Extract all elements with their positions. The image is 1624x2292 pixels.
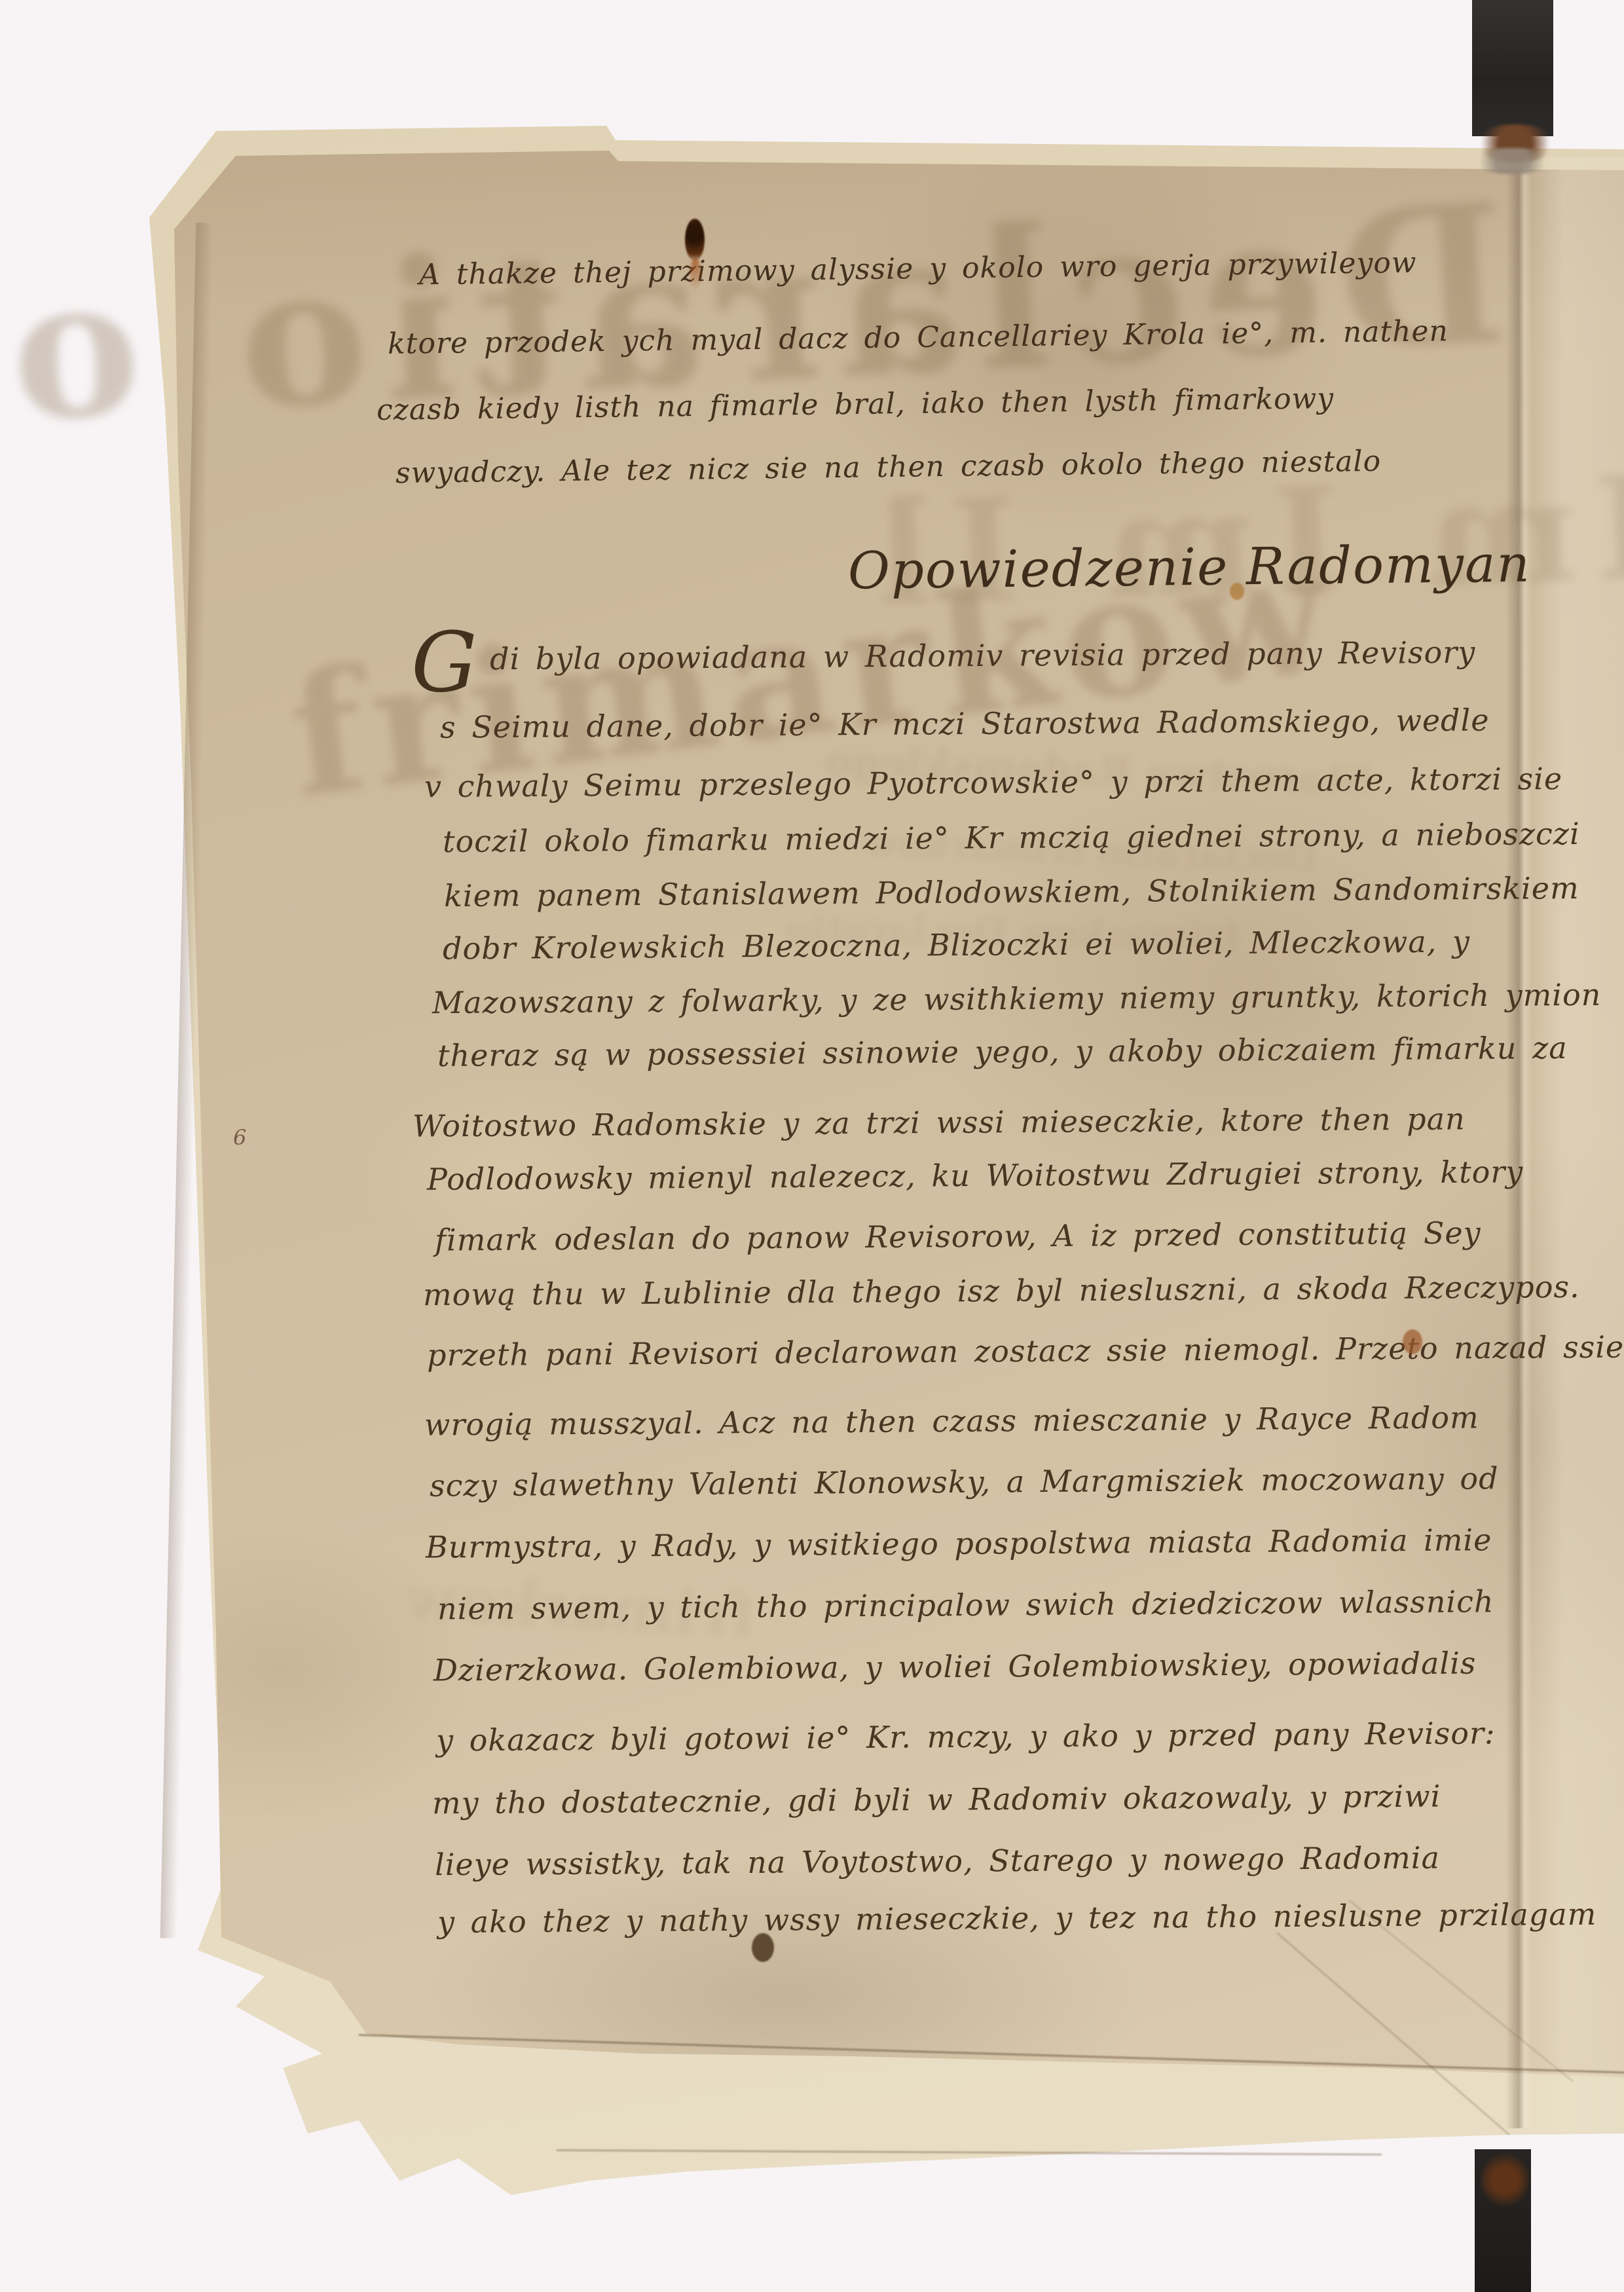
rust-speck	[1230, 583, 1244, 600]
manuscript-line-body: wrogią musszyal. Acz na then czass miesc…	[424, 1399, 1479, 1442]
manuscript-line-body: Dzierzkowa. Golembiowa, y woliei Golembi…	[434, 1645, 1477, 1688]
manuscript-line-body: Woitostwo Radomskie y za trzi wssi miese…	[413, 1101, 1466, 1143]
strap-stain	[1481, 2154, 1528, 2206]
manuscript-line-body: my tho dostatecznie, gdi byli w Radomiv …	[432, 1779, 1441, 1821]
section-heading: Opowiedzenie Radomyan	[848, 535, 1532, 601]
binding-strap-top	[1472, 0, 1553, 136]
manuscript-scan: Declaratio oło frimarkow Im Im Il Staros…	[0, 0, 1624, 2292]
manuscript-line-body: di byla opowiadana w Radomiv revisia prz…	[490, 635, 1476, 677]
manuscript-line-body: Burmystra, y Rady, y wsitkiego pospolstw…	[426, 1522, 1492, 1564]
manuscript-line-body: dobr Krolewskich Blezoczna, Blizoczki ei…	[443, 924, 1470, 967]
rust-drip	[690, 258, 701, 291]
manuscript-line-body: s Seimu dane, dobr ie° Kr mczi Starostwa…	[440, 702, 1490, 745]
manuscript-line-body: y okazacz byli gotowi ie° Kr. mczy, y ak…	[436, 1715, 1496, 1758]
margin-mark: 6	[233, 1125, 246, 1150]
manuscript-line-body: fimark odeslan do panow Revisorow, A iz …	[435, 1215, 1481, 1257]
ink-blot	[752, 1933, 774, 1962]
rust-speck	[1403, 1329, 1422, 1354]
ink-burn-spot	[685, 219, 705, 261]
manuscript-line-body: niem swem, y tich tho principalow swich …	[437, 1583, 1494, 1626]
initial-capital: G	[411, 614, 477, 711]
manuscript-line-body: lieye wssistky, tak na Voytostwo, Stareg…	[435, 1840, 1440, 1883]
frayed-thread-tuft	[1473, 148, 1551, 174]
manuscript-line-body: sczy slawethny Valenti Klonowsky, a Marg…	[430, 1460, 1499, 1503]
